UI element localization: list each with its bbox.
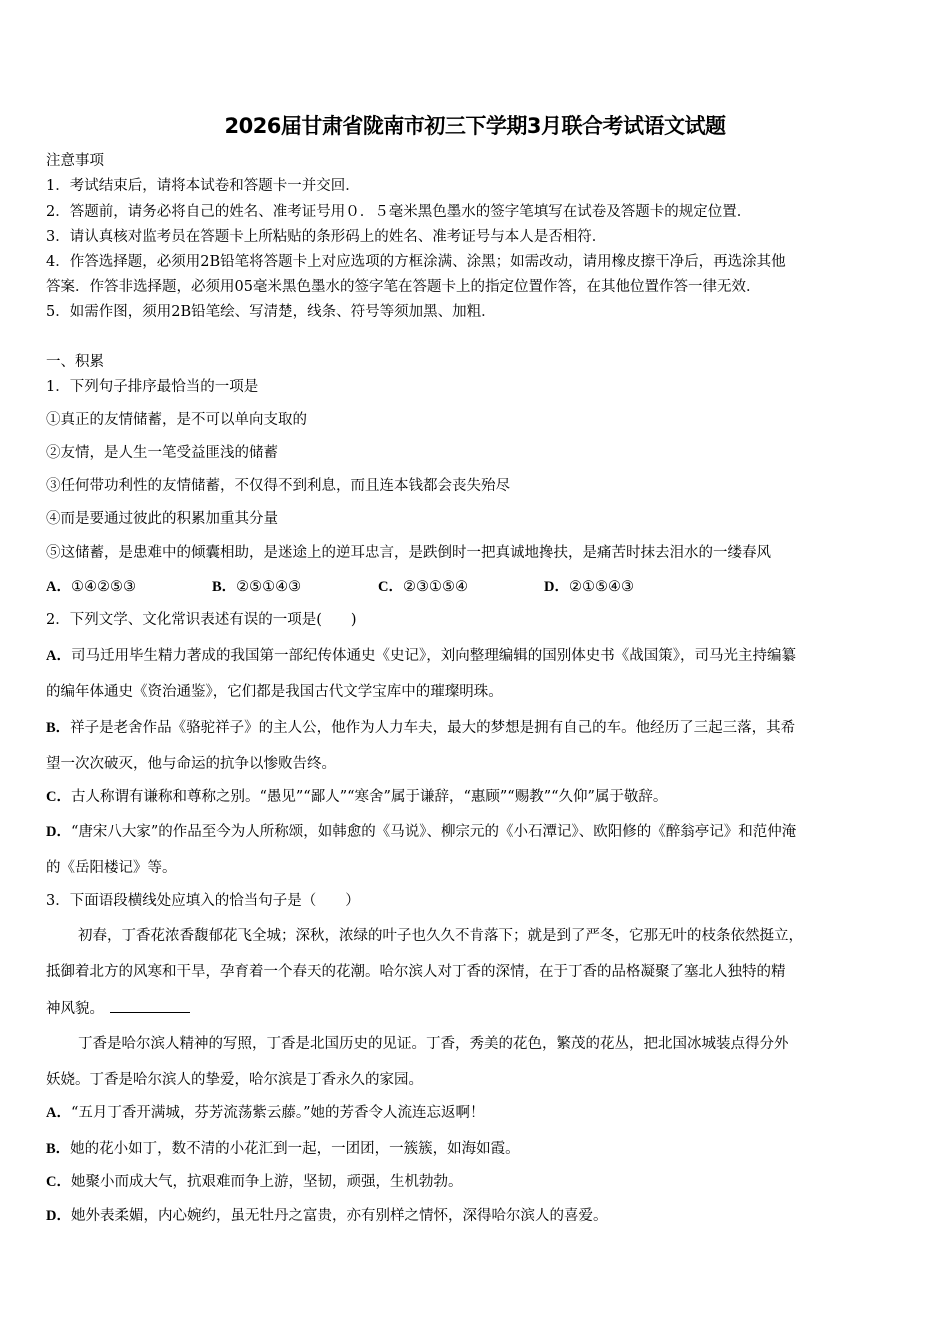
- section-heading: 一、积累: [46, 352, 104, 372]
- option-text: ②⑤①④③: [236, 579, 301, 595]
- q1-sentence-1: ①真正的友情储蓄，是不可以单向支取的: [46, 410, 307, 430]
- q1-option-b[interactable]: B．②⑤①④③: [212, 577, 301, 597]
- q2-option-d-cont: 的《岳阳楼记》等。: [46, 858, 177, 878]
- option-text: ②③①⑤④: [403, 579, 468, 595]
- q2-option-b-cont: 望一次次破灭，他与命运的抗争以惨败告终。: [46, 754, 336, 774]
- option-letter: D．: [46, 824, 71, 840]
- q2-option-a[interactable]: A．司马迁用毕生精力著成的我国第一部纪传体通史《史记》，刘向整理编辑的国别体史书…: [46, 646, 796, 666]
- exam-page: 2026届甘肃省陇南市初三下学期3月联合考试语文试题 注意事项 1．考试结束后，…: [0, 0, 950, 1344]
- notice-item-4-cont: 答案．作答非选择题，必须用05毫米黑色墨水的签字笔在答题卡上的指定位置作答，在其…: [46, 277, 760, 297]
- q2-option-b[interactable]: B．祥子是老舍作品《骆驼祥子》的主人公，他作为人力车夫，最大的梦想是拥有自己的车…: [46, 718, 795, 738]
- option-letter: B．: [46, 1141, 70, 1157]
- q1-option-c[interactable]: C．②③①⑤④: [378, 577, 468, 597]
- q3-option-a[interactable]: A．“五月丁香开满城，芬芳流荡紫云藤。”她的芳香令人流连忘返啊！: [46, 1103, 485, 1123]
- notice-item-5: 5．如需作图，须用2B铅笔绘、写清楚，线条、符号等须加黑、加粗．: [46, 302, 496, 322]
- option-text: 古人称谓有谦称和尊称之别。“愚见”“鄙人”“寒舍”属于谦辞，“惠顾”“赐教”“久…: [71, 789, 667, 805]
- q3-passage2-line-1: 丁香是哈尔滨人精神的写照，丁香是北国历史的见证。丁香，秀美的花色，繁茂的花丛，把…: [46, 1034, 789, 1054]
- q2-option-a-cont: 的编年体通史《资治通鉴》，它们都是我国古代文学宝库中的璀璨明珠。: [46, 682, 503, 702]
- option-letter: A．: [46, 648, 71, 664]
- option-text: 她聚小而成大气，抗艰难而争上游，坚韧，顽强，生机勃勃。: [71, 1174, 463, 1190]
- passage-text: 神风貌。: [46, 1001, 104, 1017]
- option-letter: B．: [46, 720, 70, 736]
- option-text: ②①⑤④③: [569, 579, 634, 595]
- option-letter: C．: [46, 1174, 71, 1190]
- option-text: 她外表柔媚，内心婉约，虽无牡丹之富贵，亦有别样之情怀，深得哈尔滨人的喜爱。: [71, 1208, 608, 1224]
- option-letter: D．: [544, 579, 569, 595]
- answer-blank[interactable]: [110, 998, 190, 1013]
- notice-item-4: 4．作答选择题，必须用2B铅笔将答题卡上对应选项的方框涂满、涂黑；如需改动，请用…: [46, 252, 786, 272]
- q1-sentence-4: ④而是要通过彼此的积累加重其分量: [46, 509, 278, 529]
- q1-options: A．①④②⑤③ B．②⑤①④③ C．②③①⑤④ D．②①⑤④③: [46, 577, 746, 597]
- q1-sentence-3: ③任何带功利性的友情储蓄，不仅得不到利息，而且连本钱都会丧失殆尽: [46, 476, 510, 496]
- q1-sentence-2: ②友情，是人生一笔受益匪浅的储蓄: [46, 443, 278, 463]
- option-text: 祥子是老舍作品《骆驼祥子》的主人公，他作为人力车夫，最大的梦想是拥有自己的车。他…: [70, 720, 795, 736]
- notice-item-1: 1．考试结束后，请将本试卷和答题卡一并交回．: [46, 176, 360, 196]
- notice-heading: 注意事项: [46, 151, 104, 171]
- q1-option-a[interactable]: A．①④②⑤③: [46, 577, 136, 597]
- q2-option-d[interactable]: D．“唐宋八大家”的作品至今为人所称颂，如韩愈的《马说》、柳宗元的《小石潭记》、…: [46, 822, 796, 842]
- option-text: 司马迁用毕生精力著成的我国第一部纪传体通史《史记》，刘向整理编辑的国别体史书《战…: [71, 648, 796, 664]
- question-3-stem: 3．下面语段横线处应填入的恰当句子是（ ）: [46, 891, 360, 911]
- q1-option-d[interactable]: D．②①⑤④③: [544, 577, 634, 597]
- option-letter: C．: [46, 789, 71, 805]
- option-text: 她的花小如丁，数不清的小花汇到一起，一团团，一簇簇，如海如霞。: [70, 1141, 520, 1157]
- q3-passage1-line-1: 初春，丁香花浓香馥郁花飞全城；深秋，浓绿的叶子也久久不肯落下；就是到了严冬，它那…: [46, 926, 803, 946]
- option-letter: C．: [378, 579, 403, 595]
- q3-passage2-line-2: 妖娆。丁香是哈尔滨人的挚爱，哈尔滨是丁香永久的家园。: [46, 1070, 423, 1090]
- option-letter: B．: [212, 579, 236, 595]
- q3-passage1-line-3: 神风貌。: [46, 998, 190, 1019]
- question-2-stem: 2．下列文学、文化常识表述有误的一项是( ): [46, 610, 357, 630]
- option-letter: A．: [46, 579, 71, 595]
- option-letter: A．: [46, 1105, 71, 1121]
- notice-item-2: 2．答题前，请务必将自己的姓名、准考证号用０．５毫米黑色墨水的签字笔填写在试卷及…: [46, 202, 751, 222]
- option-text: ①④②⑤③: [71, 579, 136, 595]
- q3-passage1-line-2: 抵御着北方的风寒和干旱，孕育着一个春天的花潮。哈尔滨人对丁香的深情，在于丁香的品…: [46, 962, 786, 982]
- q3-option-b[interactable]: B．她的花小如丁，数不清的小花汇到一起，一团团，一簇簇，如海如霞。: [46, 1139, 520, 1159]
- q3-option-d[interactable]: D．她外表柔媚，内心婉约，虽无牡丹之富贵，亦有别样之情怀，深得哈尔滨人的喜爱。: [46, 1206, 607, 1226]
- notice-item-3: 3．请认真核对监考员在答题卡上所粘贴的条形码上的姓名、准考证号与本人是否相符．: [46, 227, 606, 247]
- q3-option-c[interactable]: C．她聚小而成大气，抗艰难而争上游，坚韧，顽强，生机勃勃。: [46, 1172, 462, 1192]
- option-letter: D．: [46, 1208, 71, 1224]
- option-text: “唐宋八大家”的作品至今为人所称颂，如韩愈的《马说》、柳宗元的《小石潭记》、欧阳…: [71, 824, 796, 840]
- option-text: “五月丁香开满城，芬芳流荡紫云藤。”她的芳香令人流连忘返啊！: [71, 1105, 485, 1121]
- q2-option-c[interactable]: C．古人称谓有谦称和尊称之别。“愚见”“鄙人”“寒舍”属于谦辞，“惠顾”“赐教”…: [46, 787, 667, 807]
- exam-title: 2026届甘肃省陇南市初三下学期3月联合考试语文试题: [0, 112, 950, 140]
- question-1-stem: 1．下列句子排序最恰当的一项是: [46, 377, 258, 397]
- q1-sentence-5: ⑤这储蓄，是患难中的倾囊相助，是迷途上的逆耳忠言，是跌倒时一把真诚地搀扶，是痛苦…: [46, 543, 771, 563]
